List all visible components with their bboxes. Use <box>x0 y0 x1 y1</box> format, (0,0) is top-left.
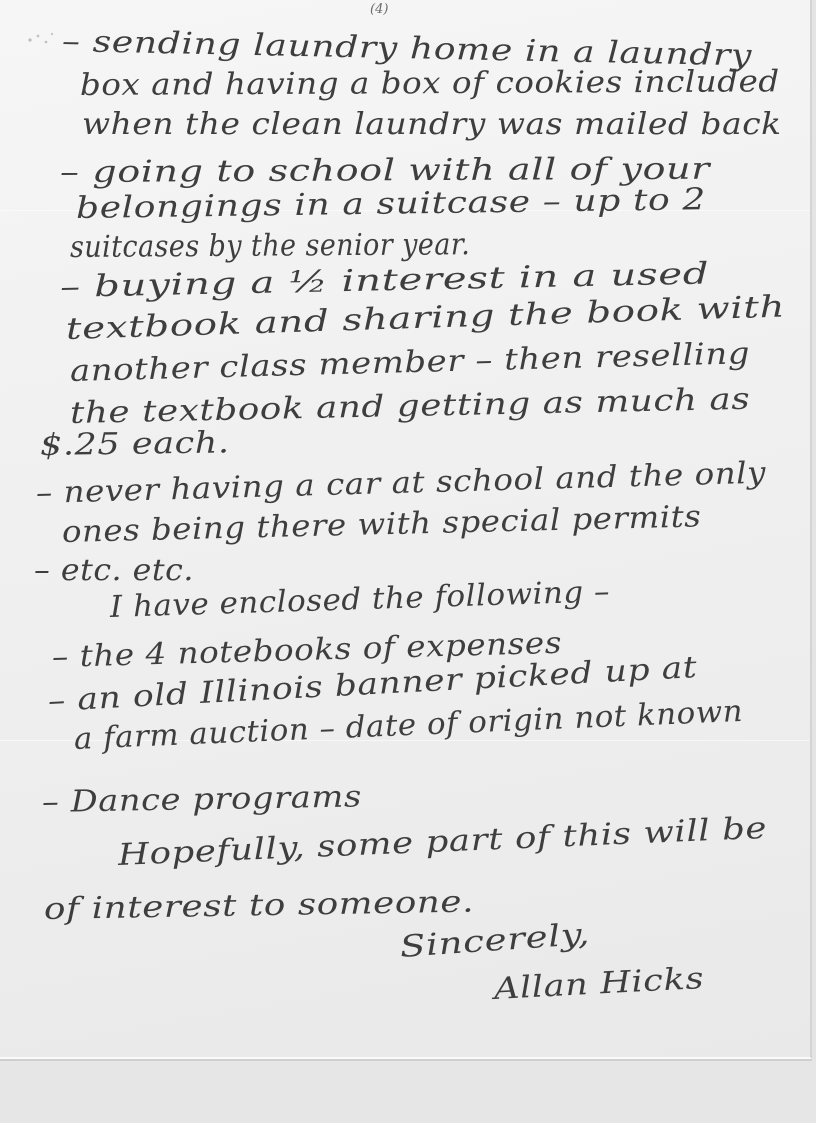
letter-line: Hopefully, some part of this will be <box>117 811 767 873</box>
letter-line: another class member – then reselling <box>70 336 751 389</box>
closing-salutation: Sincerely, <box>399 917 591 965</box>
scanner-background <box>0 1059 816 1123</box>
signature: Allan Hicks <box>493 961 705 1007</box>
letter-line: – etc. etc. <box>34 553 194 588</box>
staple-marks-icon <box>22 28 62 48</box>
letter-line: of interest to someone. <box>44 884 475 927</box>
letter-line: – Dance programs <box>42 779 362 820</box>
letter-line: $.25 each. <box>40 425 230 463</box>
letter-line: suitcases by the senior year. <box>70 227 470 265</box>
handwritten-letter-page: (4) – sending laundry home in a laundry … <box>0 0 812 1059</box>
letter-line: when the clean laundry was mailed back <box>82 107 782 142</box>
letter-line: belongings in a suitcase – up to 2 <box>76 182 706 226</box>
letter-line: box and having a box of cookies included <box>80 64 780 103</box>
page-number: (4) <box>370 2 388 17</box>
letter-line: the textbook and getting as much as <box>70 382 751 431</box>
